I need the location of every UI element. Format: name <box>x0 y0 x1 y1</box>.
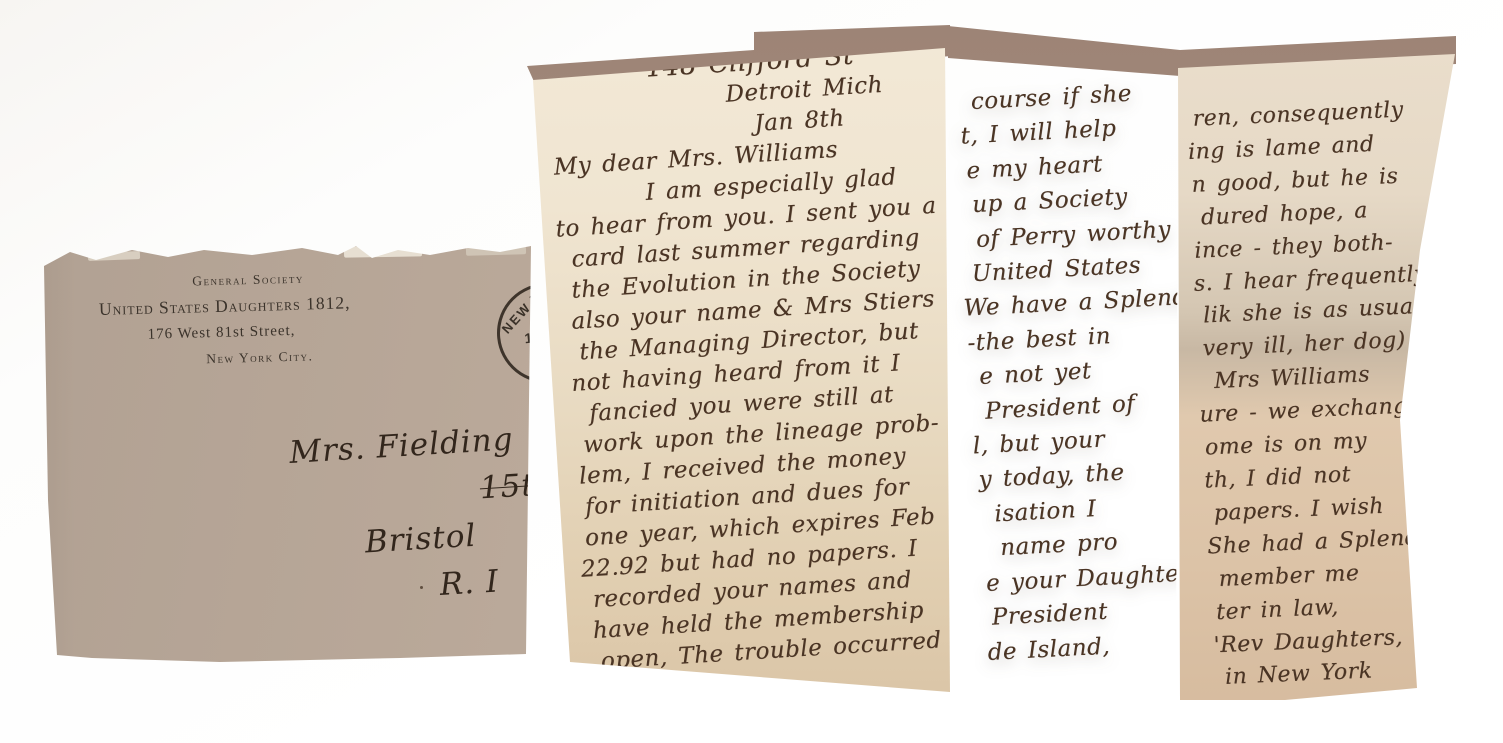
letter-right-text-column: ren, consequently ing is lame and n good… <box>1186 93 1462 696</box>
recipient-line: 15th <box>479 461 558 513</box>
recipient-line: Bristol <box>364 508 560 567</box>
torn-paper-edge <box>88 251 140 261</box>
letter-front-text-column: 148 Clifford St Detroit Mich Jan 8th My … <box>545 34 993 679</box>
envelope-return-address: General Society United States Daughters … <box>98 265 352 374</box>
recipient-line: R. I <box>438 555 563 609</box>
postmark-city-text: NEW Y <box>499 288 545 337</box>
return-address-line: New York City. <box>206 342 352 371</box>
photo-canvas: General Society United States Daughters … <box>0 0 1503 743</box>
envelope-recipient-address: Mrs. Fielding 15th Bristol R. I <box>288 414 563 618</box>
torn-paper-edge <box>344 245 422 257</box>
torn-paper-edge <box>466 246 526 256</box>
